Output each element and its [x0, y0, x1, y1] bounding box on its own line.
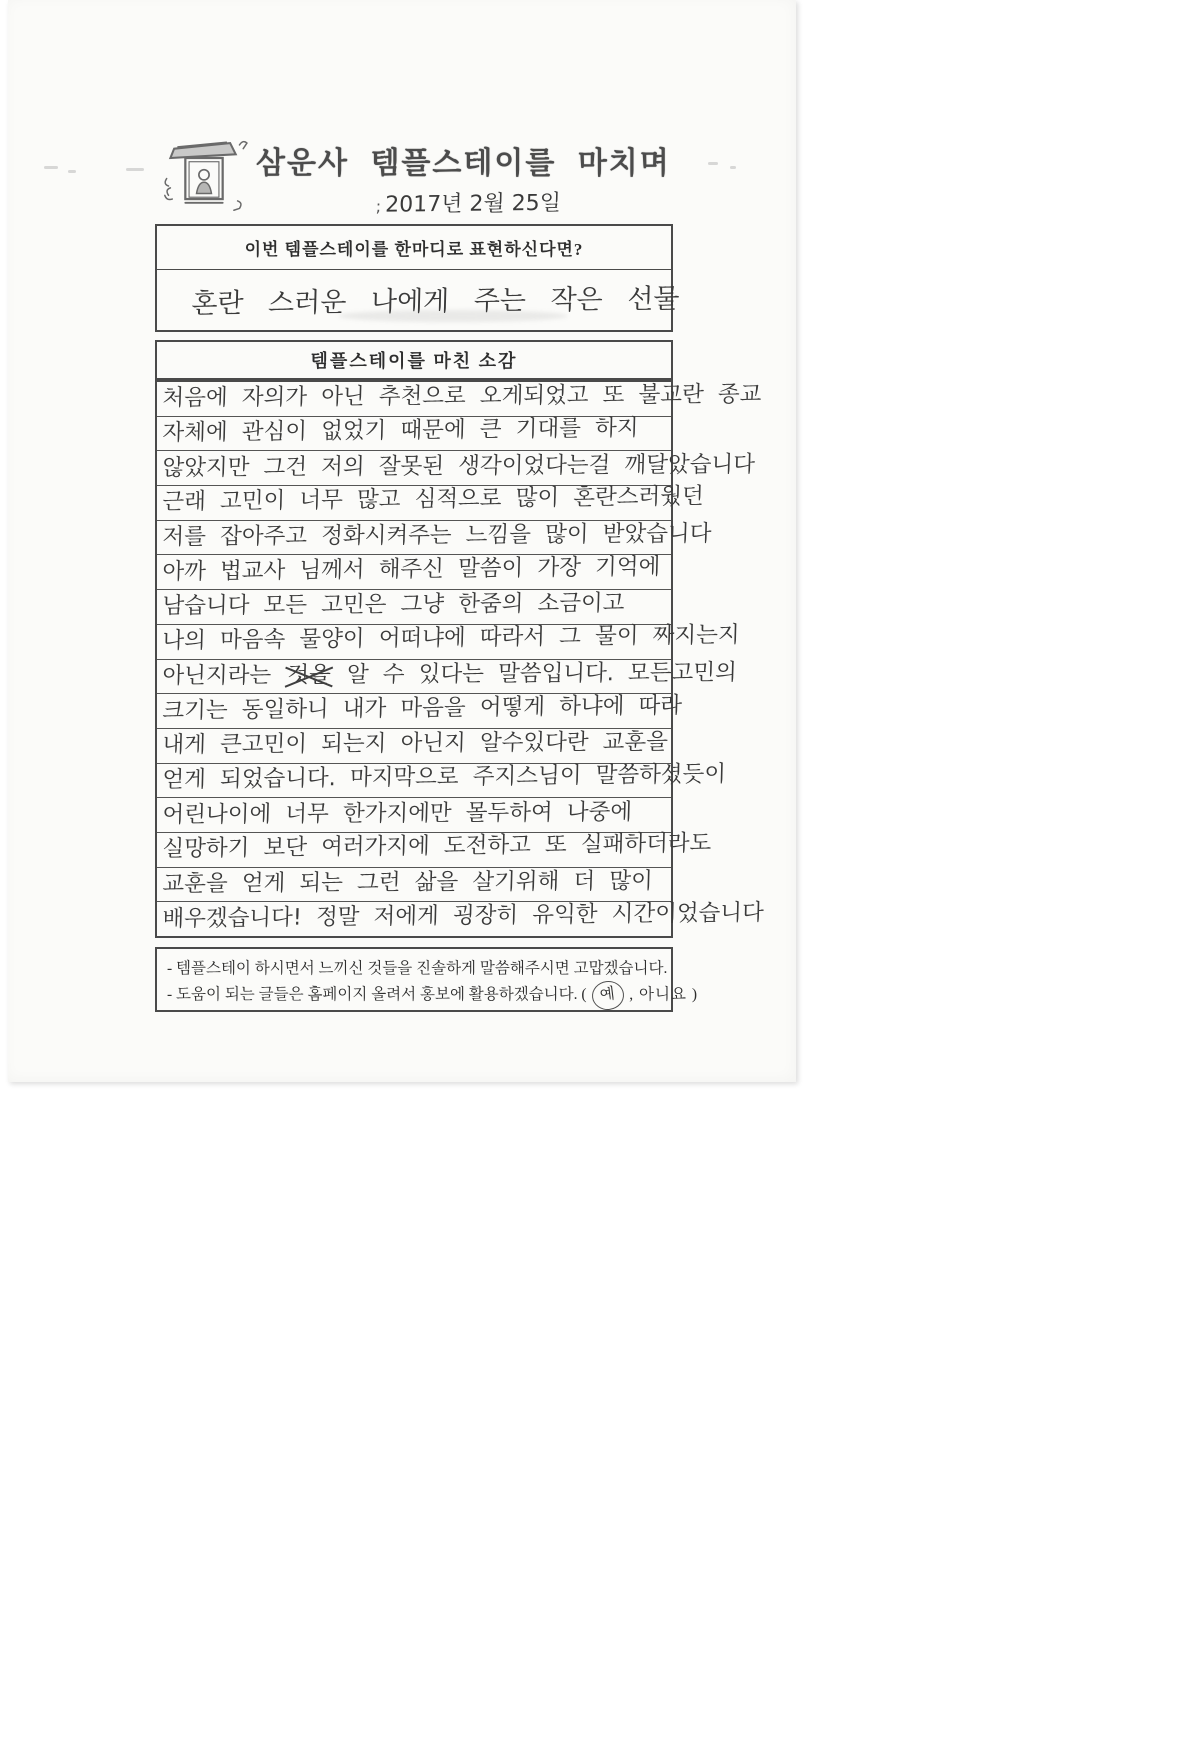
footer-note-box: - 템플스테이 하시면서 느끼신 것들을 진솔하게 말씀해주시면 고맙겠습니다.…: [155, 947, 673, 1012]
handwritten-line: 아까 법교사 님께서 해주신 말씀이 가장 기억에: [157, 554, 671, 589]
line9-pre: 아닌지라는: [162, 662, 271, 689]
handwritten-line: 배우겠습니다! 정말 저에게 굉장히 유익한 시간이었습니다: [157, 901, 671, 936]
date-line: ;2017년 2월 25일: [348, 185, 589, 219]
scan-noise-dot: [730, 166, 736, 169]
footer-note-2: - 도움이 되는 글들은 홈페이지 올려서 홍보에 활용하겠습니다. ( 예 ,…: [167, 981, 661, 1010]
handwritten-line: 자체에 관심이 없었기 때문에 큰 기대를 하지: [157, 416, 671, 451]
scanned-feedback-form-page: 삼운사 템플스테이를 마치며 ;2017년 2월 25일 이번 템플스테이를 한…: [0, 0, 1200, 1745]
one-word-question-header: 이번 템플스테이를 한마디로 표현하신다면?: [157, 226, 671, 270]
scan-noise-dash: [126, 168, 144, 171]
date-stray-mark: ;: [376, 197, 382, 216]
handwritten-line-with-strikeout: 아닌지라는 것을 알 수 있다는 말씀입니다. 모든고민의: [157, 659, 671, 694]
temple-buddha-stamp-icon: [156, 130, 252, 214]
handwritten-line: 실망하기 보단 여러가지에 도전하고 또 실패하더라도: [157, 832, 671, 867]
scan-noise-dash: [68, 170, 76, 173]
scan-noise-dot: [708, 162, 718, 165]
no-option: 아니요: [639, 986, 687, 1003]
handwritten-line: 처음에 자의가 아닌 추천으로 오게되었고 또 불교란 종교: [157, 380, 671, 416]
handwritten-line: 않았지만 그건 저의 잘못된 생각이었다는걸 깨달았습니다: [157, 450, 671, 485]
handwritten-line: 근래 고민이 너무 많고 심적으로 많이 혼란스러웠던: [157, 485, 671, 520]
crossed-out-word: 것을: [285, 659, 333, 692]
yes-option-circled: 예: [591, 979, 626, 1012]
handwritten-line: 얻게 되었습니다. 마지막으로 주지스님이 말씀하셨듯이: [157, 763, 671, 798]
handwritten-line: 교훈을 얻게 되는 그런 삶을 살기위해 더 많이: [157, 867, 671, 902]
handwritten-line: 나의 마음속 물양이 어떠냐에 따라서 그 물이 짜지는지: [157, 624, 671, 659]
scan-noise-dash: [44, 166, 58, 169]
handwritten-line: 남습니다 모든 고민은 그냥 한줌의 소금이고: [157, 589, 671, 624]
scanned-paper-sheet: 삼운사 템플스테이를 마치며 ;2017년 2월 25일 이번 템플스테이를 한…: [8, 0, 796, 1082]
footer-note-1: - 템플스테이 하시면서 느끼신 것들을 진솔하게 말씀해주시면 고맙겠습니다.: [167, 956, 661, 981]
yes-no-choice: ( 예 , 아니요 ): [581, 986, 698, 1003]
handwritten-answer: 혼란 스러운 나에게 주는 작은 선물: [157, 276, 680, 320]
date-value: 2017년 2월 25일: [385, 191, 561, 218]
handwritten-line: 크기는 동일하니 내가 마음을 어떻게 하냐에 따라: [157, 693, 671, 728]
page-title: 삼운사 템플스테이를 마치며: [256, 138, 686, 182]
impressions-lines-box: 처음에 자의가 아닌 추천으로 오게되었고 또 불교란 종교 자체에 관심이 없…: [155, 380, 673, 938]
handwritten-line: 내게 큰고민이 되는지 아닌지 알수있다란 교훈을: [157, 728, 671, 763]
impressions-header-box: 템플스테이를 마친 소감: [155, 340, 673, 380]
handwritten-line: 저를 잡아주고 정화시켜주는 느낌을 많이 받았습니다: [157, 520, 671, 555]
footer-note-2-text: - 도움이 되는 글들은 홈페이지 올려서 홍보에 활용하겠습니다.: [167, 986, 578, 1003]
one-word-answer-row: 혼란 스러운 나에게 주는 작은 선물: [157, 270, 671, 332]
handwritten-line: 어린나이에 너무 한가지에만 몰두하여 나중에: [157, 797, 671, 832]
one-word-question-box: 이번 템플스테이를 한마디로 표현하신다면? 혼란 스러운 나에게 주는 작은 …: [155, 224, 673, 332]
impressions-header: 템플스테이를 마친 소감: [311, 347, 518, 373]
line9-post: 알 수 있다는 말씀입니다. 모든고민의: [347, 659, 738, 687]
